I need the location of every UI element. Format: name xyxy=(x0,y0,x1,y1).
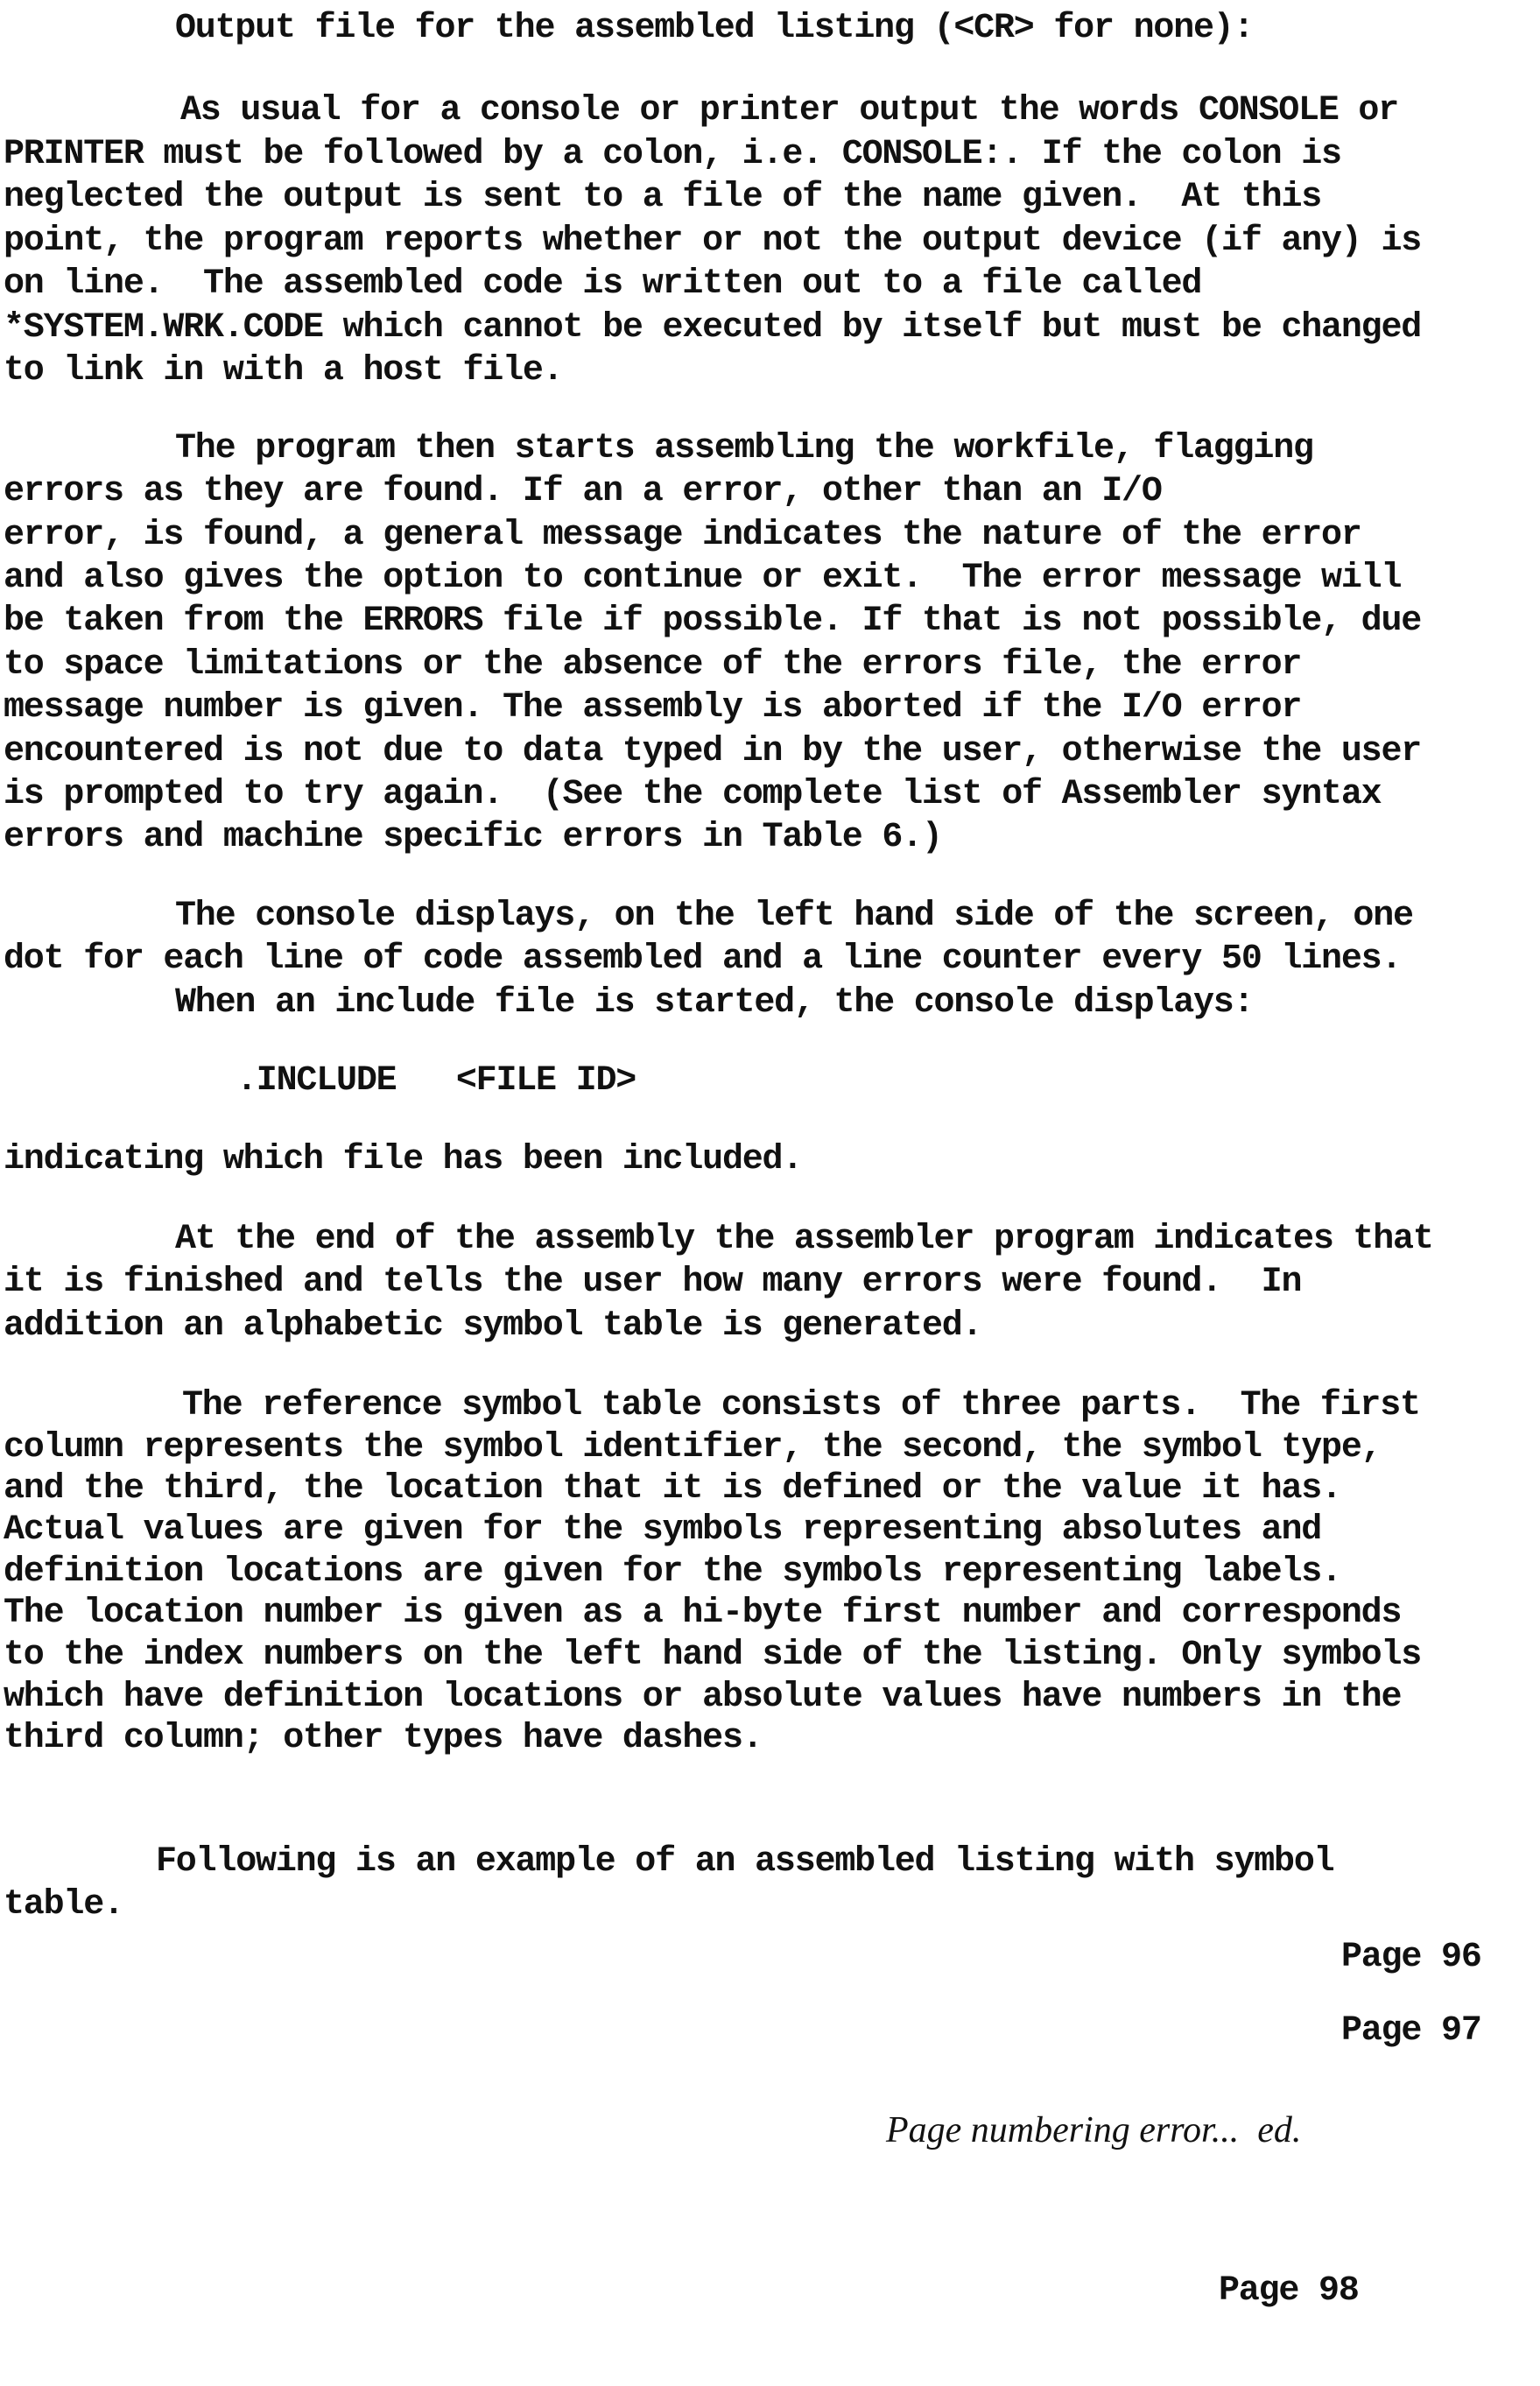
para1-line: neglected the output is sent to a file o… xyxy=(4,176,1321,220)
para4-line: it is finished and tells the user how ma… xyxy=(4,1261,1301,1305)
para1-line: to link in with a host file. xyxy=(4,349,563,393)
para2-line: encountered is not due to data typed in … xyxy=(4,730,1421,774)
para4-line: addition an alphabetic symbol table is g… xyxy=(4,1305,981,1348)
para2-line: to space limitations or the absence of t… xyxy=(4,644,1301,687)
para6-line: table. xyxy=(4,1883,123,1927)
para5-line: to the index numbers on the left hand si… xyxy=(4,1634,1421,1678)
para5-line: column represents the symbol identifier,… xyxy=(4,1426,1381,1470)
para5-line: The reference symbol table consists of t… xyxy=(182,1384,1420,1428)
para2-line: errors as they are found. If an a error,… xyxy=(4,470,1162,514)
footer-page-number: Page 98 xyxy=(1219,2270,1359,2313)
para2-line: is prompted to try again. (See the compl… xyxy=(4,773,1381,817)
para2-line: error, is found, a general message indic… xyxy=(4,514,1361,558)
para1-line: As usual for a console or printer output… xyxy=(180,89,1398,133)
para2-line: errors and machine specific errors in Ta… xyxy=(4,816,942,860)
para1-line: on line. The assembled code is written o… xyxy=(4,263,1201,306)
document-page: Output file for the assembled listing (<… xyxy=(0,0,1540,2386)
para2-line: message number is given. The assembly is… xyxy=(4,686,1301,730)
para3-line: The console displays, on the left hand s… xyxy=(175,895,1413,939)
para1-line: *SYSTEM.WRK.CODE which cannot be execute… xyxy=(4,306,1421,350)
para5-line: which have definition locations or absol… xyxy=(4,1676,1401,1720)
para3-line: When an include file is started, the con… xyxy=(175,982,1253,1025)
para5-line: Actual values are given for the symbols … xyxy=(4,1509,1321,1552)
para5-line: definition locations are given for the s… xyxy=(4,1551,1341,1594)
para5-line: third column; other types have dashes. xyxy=(4,1717,763,1761)
para4-line: At the end of the assembly the assembler… xyxy=(175,1218,1433,1262)
include-example: .INCLUDE <FILE ID> xyxy=(236,1059,636,1103)
para6-line: Following is an example of an assembled … xyxy=(156,1841,1333,1884)
prompt-line: Output file for the assembled listing (<… xyxy=(175,7,1253,51)
para1-line: point, the program reports whether or no… xyxy=(4,220,1421,264)
include-note: indicating which file has been included. xyxy=(4,1138,802,1182)
para5-line: The location number is given as a hi-byt… xyxy=(4,1592,1401,1636)
para5-line: and the third, the location that it is d… xyxy=(4,1467,1341,1511)
para3-line: dot for each line of code assembled and … xyxy=(4,938,1401,982)
page-marker-96: Page 96 xyxy=(1341,1936,1481,1980)
para2-line: The program then starts assembling the w… xyxy=(175,427,1313,471)
para2-line: and also gives the option to continue or… xyxy=(4,557,1401,601)
editor-note: Page numbering error... ed. xyxy=(886,2108,1301,2152)
para2-line: be taken from the ERRORS file if possibl… xyxy=(4,600,1421,644)
page-marker-97: Page 97 xyxy=(1341,2009,1481,2053)
para1-line: PRINTER must be followed by a colon, i.e… xyxy=(4,133,1341,177)
